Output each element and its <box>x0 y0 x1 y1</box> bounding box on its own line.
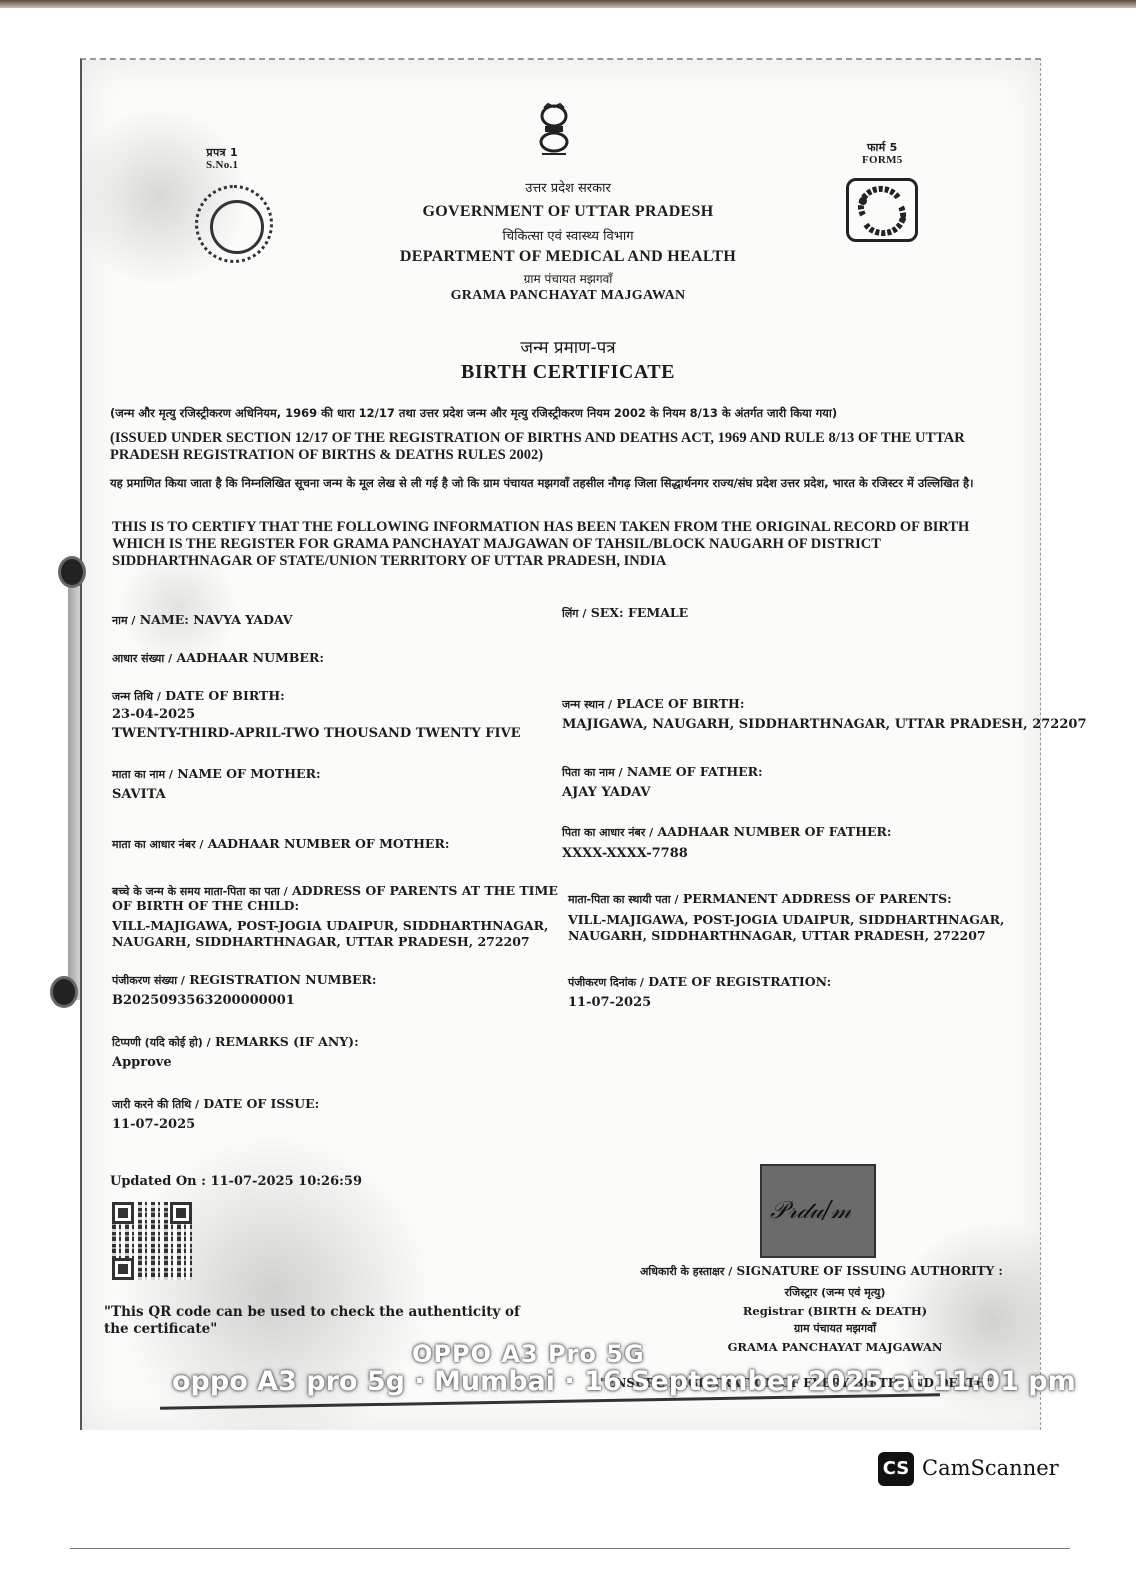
dob-label: DATE OF BIRTH: <box>165 688 284 703</box>
field-aadhaar: आधार संख्या / AADHAAR NUMBER: <box>112 650 324 666</box>
field-mother-name: माता का नाम / NAME OF MOTHER: SAVITA <box>112 766 321 803</box>
field-registration-date: पंजीकरण दिनांक / DATE OF REGISTRATION: 1… <box>568 974 831 1011</box>
updated-on-value: 11-07-2025 10:26:59 <box>210 1174 362 1189</box>
registration-date-label: DATE OF REGISTRATION: <box>648 974 831 989</box>
camera-watermark-location-time: oppo A3 pro 5g · Mumbai · 16 September 2… <box>172 1366 1076 1397</box>
dept-name-hindi: चिकित्सा एवं स्वास्थ्य विभाग <box>0 226 1136 244</box>
field-father-aadhaar: पिता का आधार नंबर / AADHAAR NUMBER OF FA… <box>562 824 892 862</box>
issued-under-hindi: (जन्म और मृत्यु रजिस्ट्रीकरण अधिनियम, 19… <box>110 404 1020 422</box>
certificate-title: BIRTH CERTIFICATE <box>0 361 1136 384</box>
field-place-of-birth: जन्म स्थान / PLACE OF BIRTH: MAJIGAWA, N… <box>562 696 1087 733</box>
form-code-english: FORM5 <box>862 154 903 167</box>
remarks-value: Approve <box>112 1055 359 1071</box>
place-of-birth-label: PLACE OF BIRTH: <box>616 696 744 711</box>
panchayat-name-hindi: ग्राम पंचायत मझगवाँ <box>0 270 1136 287</box>
field-date-of-birth: जन्म तिथि / DATE OF BIRTH: 23-04-2025 TW… <box>112 688 521 742</box>
form-number: प्रपत्र 1 S.No.1 <box>206 146 238 172</box>
punch-hole <box>50 976 78 1008</box>
field-permanent-address: माता-पिता का स्थायी पता / PERMANENT ADDR… <box>568 891 1030 944</box>
updated-on: Updated On : 11-07-2025 10:26:59 <box>110 1174 362 1190</box>
aadhaar-label: AADHAAR NUMBER: <box>177 650 324 665</box>
dept-name: DEPARTMENT OF MEDICAL AND HEALTH <box>0 248 1136 266</box>
mother-name-value: SAVITA <box>112 787 321 803</box>
punch-hole <box>58 556 86 588</box>
field-name: नाम / NAME: NAVYA YADAV <box>112 612 292 628</box>
issue-date-label: DATE OF ISSUE: <box>203 1096 319 1111</box>
field-sex: लिंग / SEX: FEMALE <box>562 605 688 621</box>
qr-note: "This QR code can be used to check the a… <box>104 1304 534 1338</box>
name-label-hindi: नाम / <box>112 614 135 627</box>
registrar-block: रजिस्ट्रार (जन्म एवं मृत्यु) Registrar (… <box>640 1284 1030 1356</box>
father-name-label-hindi: पिता का नाम / <box>562 766 623 779</box>
issued-under-english: (ISSUED UNDER SECTION 12/17 OF THE REGIS… <box>110 430 1010 464</box>
issue-date-label-hindi: जारी करने की तिथि / <box>112 1098 199 1111</box>
govt-name-hindi: उत्तर प्रदेश सरकार <box>0 178 1136 196</box>
father-aadhaar-label: AADHAAR NUMBER OF FATHER: <box>657 824 891 839</box>
camscanner-logo-icon: CS <box>878 1452 914 1486</box>
form-code-hindi: फार्म 5 <box>862 141 903 154</box>
permanent-address-value: VILL-MAJIGAWA, POST-JOGIA UDAIPUR, SIDDH… <box>568 912 1030 944</box>
form-number-english: S.No.1 <box>206 159 238 172</box>
field-mother-aadhaar: माता का आधार नंबर / AADHAAR NUMBER OF MO… <box>112 836 449 852</box>
camera-watermark-model: OPPO A3 Pro 5G <box>412 1340 645 1368</box>
ashoka-emblem-icon <box>536 102 572 160</box>
registration-number-label: REGISTRATION NUMBER: <box>189 972 376 987</box>
mother-name-label: NAME OF MOTHER: <box>177 766 320 781</box>
name-value: NAVYA YADAV <box>193 612 292 627</box>
updated-on-label: Updated On : <box>110 1174 206 1189</box>
registration-number-label-hindi: पंजीकरण संख्या / <box>112 974 185 987</box>
field-father-name: पिता का नाम / NAME OF FATHER: AJAY YADAV <box>562 764 763 801</box>
permanent-address-label: PERMANENT ADDRESS OF PARENTS: <box>683 891 952 906</box>
sex-label: SEX: <box>591 605 624 620</box>
father-name-label: NAME OF FATHER: <box>627 764 763 779</box>
father-name-value: AJAY YADAV <box>562 785 763 801</box>
certificate-title-hindi: जन्म प्रमाण-पत्र <box>0 335 1136 358</box>
dob-label-hindi: जन्म तिथि / <box>112 690 161 703</box>
signature-label-english: SIGNATURE OF ISSUING AUTHORITY : <box>736 1264 1002 1278</box>
field-remarks: टिप्पणी (यदि कोई हो) / REMARKS (IF ANY):… <box>112 1034 359 1071</box>
form-code: फार्म 5 FORM5 <box>862 141 903 167</box>
father-aadhaar-label-hindi: पिता का आधार नंबर / <box>562 826 653 839</box>
registration-date-value: 11-07-2025 <box>568 995 831 1011</box>
remarks-label: REMARKS (IF ANY): <box>215 1034 359 1049</box>
field-address-at-birth: बच्चे के जन्म के समय माता-पिता का पता / … <box>112 884 564 950</box>
aadhaar-label-hindi: आधार संख्या / <box>112 652 172 665</box>
field-date-of-issue: जारी करने की तिथि / DATE OF ISSUE: 11-07… <box>112 1096 319 1133</box>
permanent-address-label-hindi: माता-पिता का स्थायी पता / <box>568 893 679 906</box>
signature-scribble-icon: 𝒫𝓇𝒹𝓊/𝓂 <box>770 1196 851 1224</box>
father-aadhaar-value: XXXX-XXXX-7788 <box>562 846 892 862</box>
dob-value: 23-04-2025 <box>112 707 521 723</box>
registration-number-value: B2025093563200000001 <box>112 993 377 1009</box>
registrar-title: Registrar (BIRTH & DEATH) <box>640 1302 1030 1320</box>
qr-code-icon <box>112 1202 192 1280</box>
form-number-hindi: प्रपत्र 1 <box>206 146 238 159</box>
signature-label-hindi: अधिकारी के हस्ताक्षर / <box>640 1265 732 1278</box>
registrar-panchayat-hindi: ग्राम पंचायत मझगवाँ <box>640 1320 1030 1338</box>
mother-name-label-hindi: माता का नाम / <box>112 768 173 781</box>
camscanner-brand: CamScanner <box>922 1456 1059 1480</box>
registration-date-label-hindi: पंजीकरण दिनांक / <box>568 976 644 989</box>
certify-statement-hindi: यह प्रमाणित किया जाता है कि निम्नलिखित स… <box>110 474 1000 492</box>
panchayat-name: GRAMA PANCHAYAT MAJGAWAN <box>0 288 1136 304</box>
certify-statement-english: THIS IS TO CERTIFY THAT THE FOLLOWING IN… <box>112 519 992 570</box>
name-label: NAME: <box>140 612 189 627</box>
scan-bottom-edge <box>70 1548 1070 1549</box>
scan-top-edge <box>0 0 1136 8</box>
signature-image: 𝒫𝓇𝒹𝓊/𝓂 <box>760 1164 876 1258</box>
registrar-panchayat: GRAMA PANCHAYAT MAJGAWAN <box>640 1338 1030 1356</box>
mother-aadhaar-label-hindi: माता का आधार नंबर / <box>112 838 203 851</box>
issue-date-value: 11-07-2025 <box>112 1117 319 1133</box>
govt-name: GOVERNMENT OF UTTAR PRADESH <box>0 203 1136 221</box>
sex-value: FEMALE <box>628 605 688 620</box>
dob-in-words: TWENTY-THIRD-APRIL-TWO THOUSAND TWENTY F… <box>112 726 521 742</box>
sex-label-hindi: लिंग / <box>562 607 586 620</box>
mother-aadhaar-label: AADHAAR NUMBER OF MOTHER: <box>208 836 450 851</box>
registrar-hindi: रजिस्ट्रार (जन्म एवं मृत्यु) <box>640 1284 1030 1302</box>
field-registration-number: पंजीकरण संख्या / REGISTRATION NUMBER: B2… <box>112 972 377 1009</box>
address-at-birth-value: VILL-MAJIGAWA, POST-JOGIA UDAIPUR, SIDDH… <box>112 918 564 950</box>
place-of-birth-label-hindi: जन्म स्थान / <box>562 698 612 711</box>
remarks-label-hindi: टिप्पणी (यदि कोई हो) / <box>112 1036 211 1049</box>
address-at-birth-label-hindi: बच्चे के जन्म के समय माता-पिता का पता / <box>112 885 288 898</box>
signature-label: अधिकारी के हस्ताक्षर / SIGNATURE OF ISSU… <box>640 1264 1003 1279</box>
place-of-birth-value: MAJIGAWA, NAUGARH, SIDDHARTHNAGAR, UTTAR… <box>562 717 1087 733</box>
